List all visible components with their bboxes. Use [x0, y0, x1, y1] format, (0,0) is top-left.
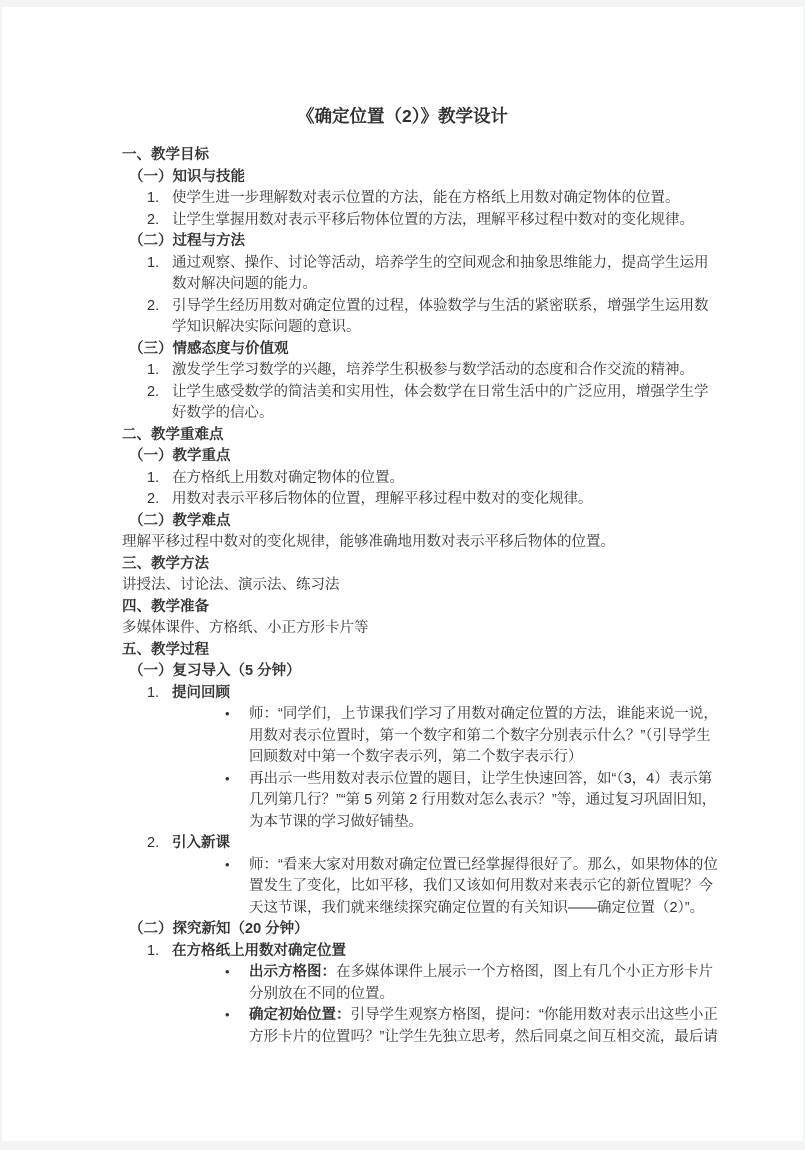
bullet-icon: •: [225, 703, 230, 725]
bullet-icon: •: [225, 961, 230, 983]
bullet-item: • 确定初始位置：引导学生观察方格图，提问：“你能用数对表示出这些小正方形卡片的…: [122, 1005, 718, 1048]
bullet-icon: •: [225, 768, 230, 790]
list-item: 1. 激发学生学习数学的兴趣，培养学生积极参与数学活动的态度和合作交流的精神。: [122, 360, 718, 382]
list-item: 2. 让学生掌握用数对表示平移后物体位置的方法，理解平移过程中数对的变化规律。: [122, 210, 718, 232]
list-item-text: 使学生进一步理解数对表示位置的方法，能在方格纸上用数对确定物体的位置。: [172, 190, 680, 206]
list-item: 1. 使学生进一步理解数对表示位置的方法，能在方格纸上用数对确定物体的位置。: [122, 188, 718, 210]
section-heading-key-difficult-points: 二、教学重难点: [122, 425, 718, 447]
bullet-item-label: 确定初始位置：: [249, 1007, 351, 1023]
subsection-heading-explore-new: （二）探究新知（20 分钟）: [122, 919, 718, 941]
list-item-text: 引导学生经历用数对确定位置的过程，体验数学与生活的紧密联系，增强学生运用数学知识…: [172, 298, 709, 336]
list-marker: 2.: [147, 296, 159, 318]
list-item-text: 让学生感受数学的简洁美和实用性，体会数学在日常生活中的广泛应用，增强学生学好数学…: [172, 384, 709, 422]
bullet-item: • 再出示一些用数对表示位置的题目，让学生快速回答，如“（3，4）表示第几列第几…: [122, 769, 718, 834]
list-marker: 1.: [147, 683, 159, 705]
list-item: 1. 提问回顾: [122, 683, 718, 705]
list-item: 1. 在方格纸上用数对确定位置: [122, 941, 718, 963]
list-marker: 2.: [147, 489, 159, 511]
list-item-text: 提问回顾: [172, 685, 230, 701]
section-heading-teaching-methods: 三、教学方法: [122, 554, 718, 576]
doc-title: 《确定位置（2）》教学设计: [2, 103, 803, 129]
section-heading-objectives: 一、教学目标: [122, 145, 718, 167]
list-marker: 1.: [147, 360, 159, 382]
list-item: 2. 引导学生经历用数对确定位置的过程，体验数学与生活的紧密联系，增强学生运用数…: [122, 296, 718, 339]
list-item: 1. 在方格纸上用数对确定物体的位置。: [122, 468, 718, 490]
subsection-heading-attitude-values: （三）情感态度与价值观: [122, 339, 718, 361]
list-item-text: 用数对表示平移后物体的位置，理解平移过程中数对的变化规律。: [172, 491, 593, 507]
bullet-icon: •: [225, 1004, 230, 1026]
bullet-item: • 师：“同学们，上节课我们学习了用数对确定位置的方法，谁能来说一说，用数对表示…: [122, 704, 718, 769]
list-marker: 1.: [147, 188, 159, 210]
list-item: 2. 引入新课: [122, 833, 718, 855]
paragraph: 多媒体课件、方格纸、小正方形卡片等: [122, 618, 718, 640]
list-item: 2. 让学生感受数学的简洁美和实用性，体会数学在日常生活中的广泛应用，增强学生学…: [122, 382, 718, 425]
list-marker: 1.: [147, 941, 159, 963]
paragraph: 理解平移过程中数对的变化规律，能够准确地用数对表示平移后物体的位置。: [122, 532, 718, 554]
subsection-heading-difficult-points: （二）教学难点: [122, 511, 718, 533]
document-viewport: 《确定位置（2）》教学设计 一、教学目标 （一）知识与技能 1. 使学生进一步理…: [0, 0, 805, 1150]
bullet-item-text: 师：“看来大家对用数对确定位置已经掌握得很好了。那么，如果物体的位置发生了变化，…: [249, 857, 718, 916]
section-heading-teaching-preparation: 四、教学准备: [122, 597, 718, 619]
bullet-icon: •: [225, 854, 230, 876]
list-marker: 1.: [147, 468, 159, 490]
list-marker: 2.: [147, 833, 159, 855]
subsection-heading-review-intro: （一）复习导入（5 分钟）: [122, 661, 718, 683]
section-heading-teaching-process: 五、教学过程: [122, 640, 718, 662]
list-item-text: 在方格纸上用数对确定物体的位置。: [172, 470, 404, 486]
bullet-item: • 出示方格图：在多媒体课件上展示一个方格图，图上有几个小正方形卡片分别放在不同…: [122, 962, 718, 1005]
list-item-text: 在方格纸上用数对确定位置: [172, 943, 346, 959]
list-item-text: 让学生掌握用数对表示平移后物体位置的方法，理解平移过程中数对的变化规律。: [172, 212, 694, 228]
list-item: 2. 用数对表示平移后物体的位置，理解平移过程中数对的变化规律。: [122, 489, 718, 511]
bullet-item-label: 出示方格图：: [249, 964, 336, 980]
document-page: 《确定位置（2）》教学设计 一、教学目标 （一）知识与技能 1. 使学生进一步理…: [2, 7, 803, 1141]
subsection-heading-key-points: （一）教学重点: [122, 446, 718, 468]
subsection-heading-process-methods: （二）过程与方法: [122, 231, 718, 253]
bullet-item-text: 师：“同学们，上节课我们学习了用数对确定位置的方法，谁能来说一说，用数对表示位置…: [249, 706, 718, 765]
list-marker: 1.: [147, 253, 159, 275]
subsection-heading-knowledge-skills: （一）知识与技能: [122, 167, 718, 189]
list-marker: 2.: [147, 210, 159, 232]
paragraph: 讲授法、讨论法、演示法、练习法: [122, 575, 718, 597]
bullet-item-text: 再出示一些用数对表示位置的题目，让学生快速回答，如“（3，4）表示第几列第几行？…: [249, 771, 716, 830]
list-item: 1. 通过观察、操作、讨论等活动，培养学生的空间观念和抽象思维能力，提高学生运用…: [122, 253, 718, 296]
bullet-item: • 师：“看来大家对用数对确定位置已经掌握得很好了。那么，如果物体的位置发生了变…: [122, 855, 718, 920]
list-item-text: 引入新课: [172, 835, 230, 851]
list-marker: 2.: [147, 382, 159, 404]
list-item-text: 激发学生学习数学的兴趣，培养学生积极参与数学活动的态度和合作交流的精神。: [172, 362, 694, 378]
list-item-text: 通过观察、操作、讨论等活动，培养学生的空间观念和抽象思维能力，提高学生运用数对解…: [172, 255, 709, 293]
